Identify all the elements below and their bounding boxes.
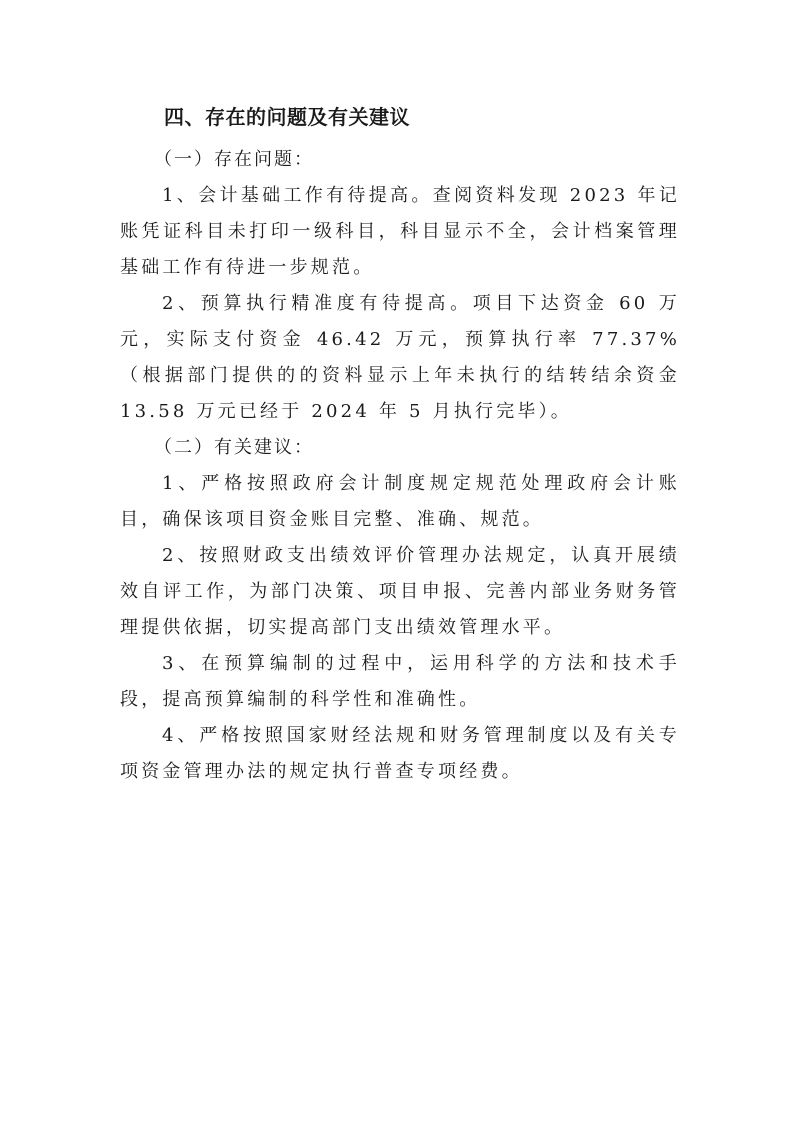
problem-paragraph-2: 2、预算执行精准度有待提高。项目下达资金 60 万元，实际支付资金 46.42 … [120, 286, 680, 430]
suggestion-paragraph-1: 1、严格按照政府会计制度规定规范处理政府会计账目，确保该项目资金账目完整、准确、… [120, 466, 680, 538]
suggestion-paragraph-3: 3、在预算编制的过程中，运用科学的方法和技术手段，提高预算编制的科学性和准确性。 [120, 646, 680, 718]
problem-paragraph-1: 1、会计基础工作有待提高。查阅资料发现 2023 年记账凭证科目未打印一级科目，… [120, 178, 680, 286]
subsection-heading-suggestions: （二）有关建议： [120, 430, 680, 466]
document-page: 四、存在的问题及有关建议 （一）存在问题： 1、会计基础工作有待提高。查阅资料发… [120, 100, 680, 790]
section-title: 四、存在的问题及有关建议 [164, 100, 680, 134]
subsection-heading-problems: （一）存在问题： [120, 142, 680, 178]
suggestion-paragraph-4: 4、严格按照国家财经法规和财务管理制度以及有关专项资金管理办法的规定执行普查专项… [120, 718, 680, 790]
suggestion-paragraph-2: 2、按照财政支出绩效评价管理办法规定，认真开展绩效自评工作，为部门决策、项目申报… [120, 538, 680, 646]
